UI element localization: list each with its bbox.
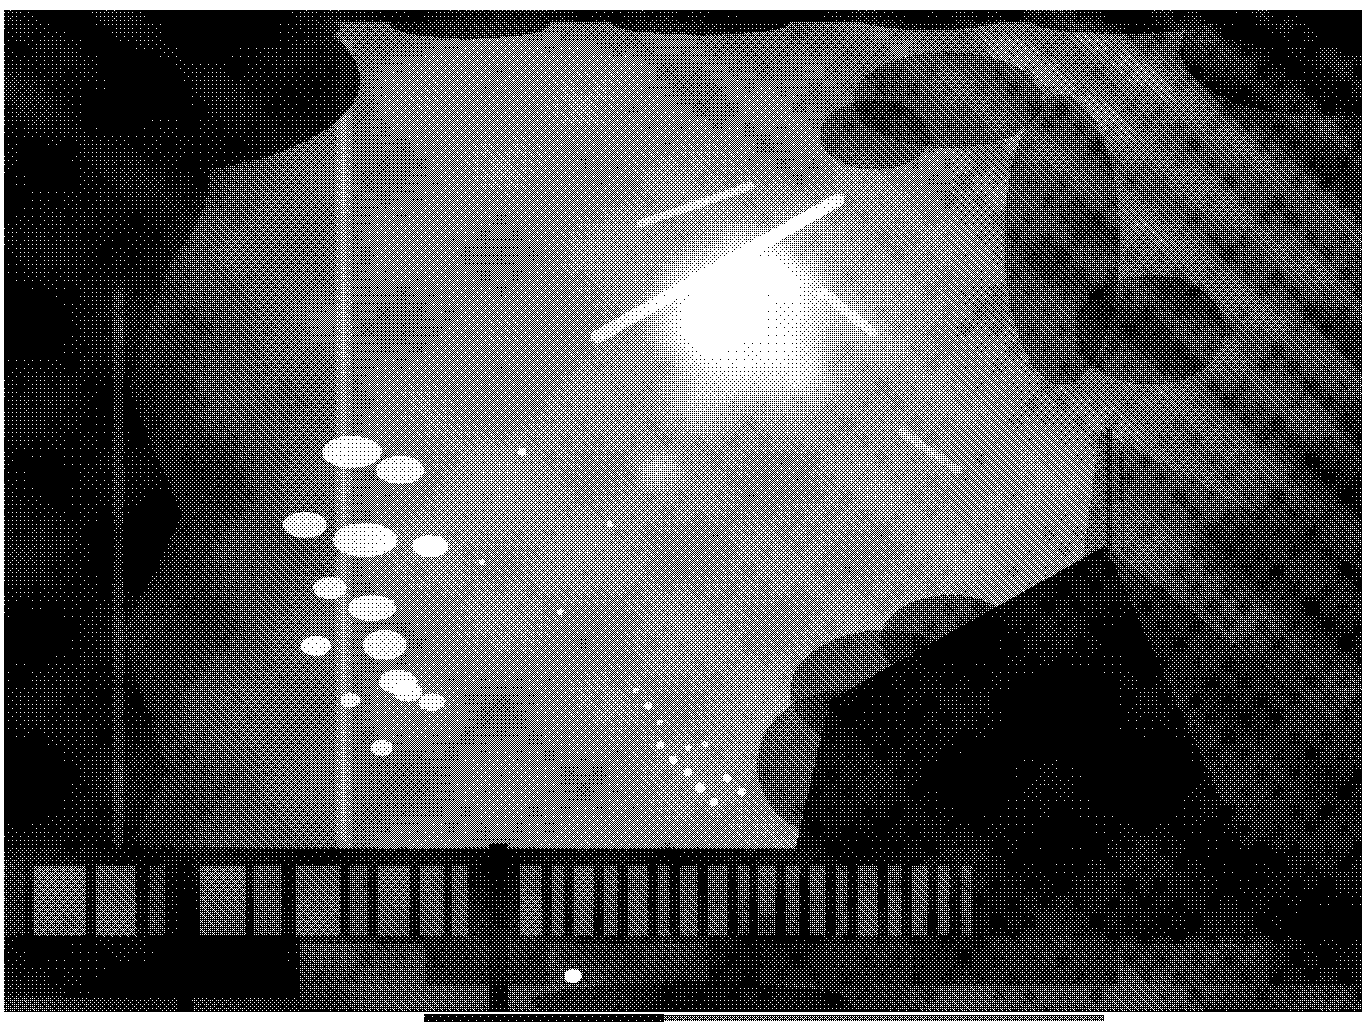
scanned-page <box>0 0 1368 1024</box>
halftone-photo <box>0 0 1368 1024</box>
dithered-photo-canvas <box>0 0 1368 1024</box>
